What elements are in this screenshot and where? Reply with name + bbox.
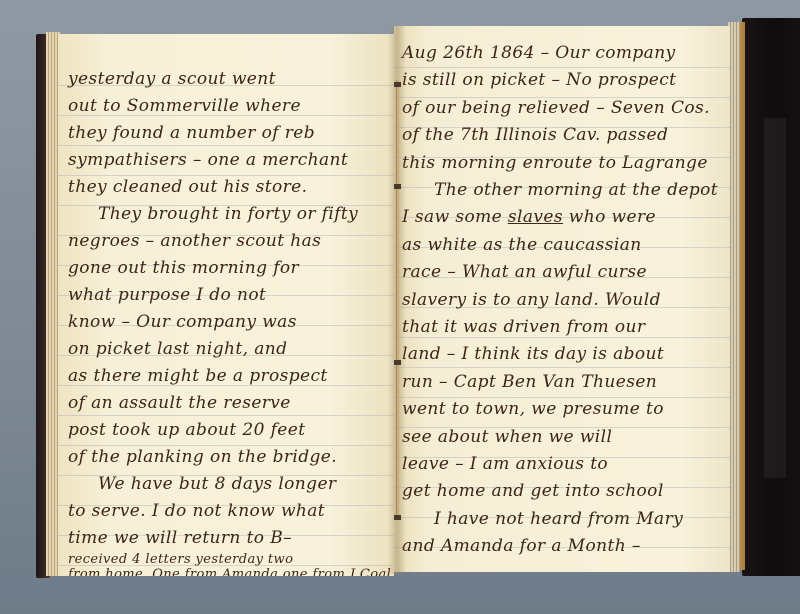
handwritten-line: slavery is to any land. Would (394, 285, 730, 315)
right-page-text: Aug 26th 1864 – Our companyis still on p… (394, 26, 730, 572)
binding-stitch (394, 82, 401, 87)
handwritten-line: The other morning at the depot (394, 175, 730, 205)
right-page: Aug 26th 1864 – Our companyis still on p… (394, 26, 730, 572)
underlined-word: slaves (508, 207, 563, 227)
handwritten-line: get home and get into school (394, 476, 730, 506)
handwritten-line: see about when we will (394, 422, 730, 452)
binding-stitch (394, 360, 401, 365)
book-cover-right (742, 18, 800, 576)
binding-stitch (394, 515, 401, 520)
handwritten-line: of the 7th Illinois Cav. passed (394, 120, 730, 150)
handwritten-line: I have not heard from Mary (394, 504, 730, 534)
handwritten-line: this morning enroute to Lagrange (394, 148, 730, 178)
handwritten-line: went to town, we presume to (394, 394, 730, 424)
handwritten-line: race – What an awful curse (394, 257, 730, 287)
handwritten-line: land – I think its day is about (394, 339, 730, 369)
handwritten-line: is still on picket – No prospect (394, 65, 730, 95)
handwritten-line: I saw some slaves who were (394, 202, 730, 232)
date-heading: Aug 26th 1864 – Our company (394, 38, 730, 68)
handwritten-line: of our being relieved – Seven Cos. (394, 93, 730, 123)
handwritten-line: run – Capt Ben Van Thuesen (394, 367, 730, 397)
binding-thread (396, 80, 399, 520)
binding-stitch (394, 184, 401, 189)
left-page-bottom-lines (58, 34, 394, 576)
handwritten-line: and Amanda for a Month – (394, 531, 730, 561)
handwritten-line: as white as the caucassian (394, 230, 730, 260)
handwritten-line: leave – I am anxious to (394, 449, 730, 479)
handwritten-line: that it was driven from our (394, 312, 730, 342)
